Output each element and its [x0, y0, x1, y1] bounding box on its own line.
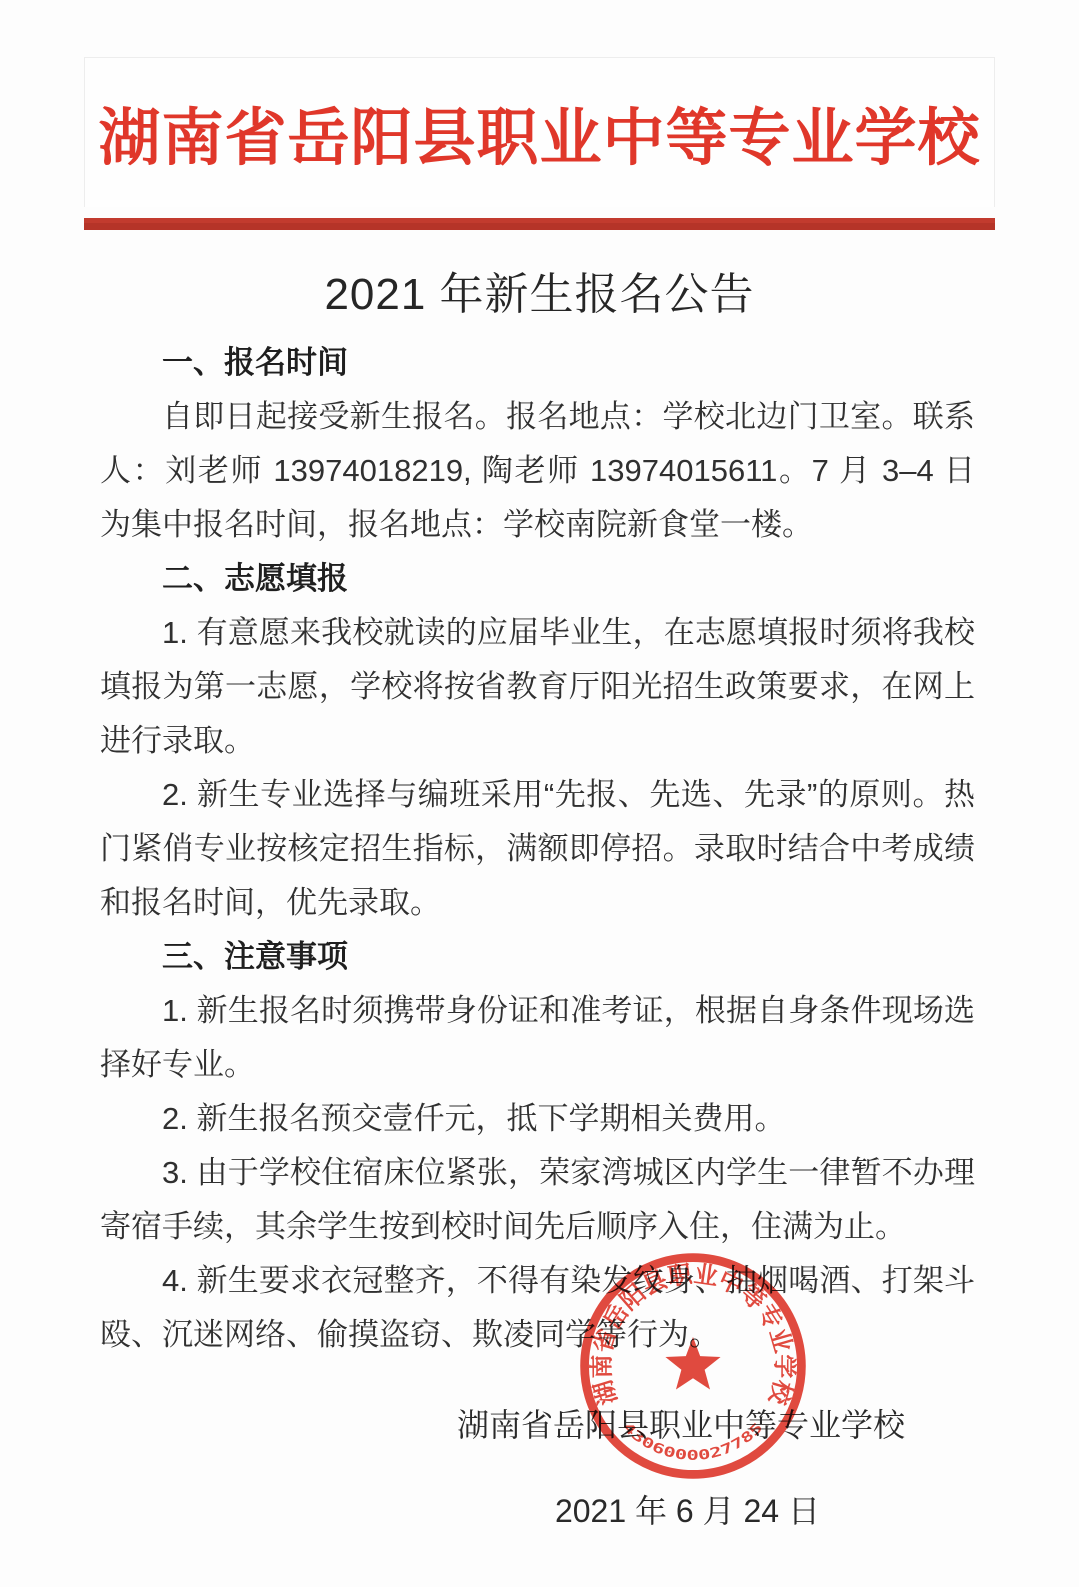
- paragraph: 2. 新生专业选择与编班采用“先报、先选、先录”的原则。热门紧俏专业按核定招生指…: [100, 768, 975, 930]
- announcement-page: 湖南省岳阳县职业中等专业学校 2021 年新生报名公告 一、报名时间自即日起接受…: [0, 0, 1079, 1587]
- paragraph: 4. 新生要求衣冠整齐，不得有染发纹身、抽烟喝酒、打架斗殴、沉迷网络、偷摸盗窃、…: [100, 1254, 975, 1362]
- paragraph: 1. 有意愿来我校就读的应届毕业生，在志愿填报时须将我校填报为第一志愿，学校将按…: [100, 606, 975, 768]
- letterhead: 湖南省岳阳县职业中等专业学校: [84, 57, 995, 207]
- paragraph: 3. 由于学校住宿床位紧张，荣家湾城区内学生一律暂不办理寄宿手续，其余学生按到校…: [100, 1146, 975, 1254]
- notice-body: 一、报名时间自即日起接受新生报名。报名地点：学校北边门卫室。联系人：刘老师 13…: [100, 336, 975, 1362]
- paragraph: 自即日起接受新生报名。报名地点：学校北边门卫室。联系人：刘老师 13974018…: [100, 390, 975, 552]
- section-heading: 一、报名时间: [100, 336, 975, 390]
- paragraph: 2. 新生报名预交壹仟元，抵下学期相关费用。: [100, 1092, 975, 1146]
- paragraph: 1. 新生报名时须携带身份证和准考证，根据自身条件现场选择好专业。: [100, 984, 975, 1092]
- school-name-heading: 湖南省岳阳县职业中等专业学校: [98, 88, 980, 177]
- signature-org: 湖南省岳阳县职业中等专业学校: [0, 1398, 1079, 1452]
- notice-title: 2021 年新生报名公告: [0, 258, 1079, 322]
- section-heading: 三、注意事项: [100, 930, 975, 984]
- signature-date: 2021 年 6 月 24 日: [0, 1484, 1079, 1538]
- section-heading: 二、志愿填报: [100, 552, 975, 606]
- letterhead-double-rule: [84, 218, 995, 230]
- signature-block: 湖南省岳阳县职业中等专业学校 2021 年 6 月 24 日: [0, 1398, 1079, 1538]
